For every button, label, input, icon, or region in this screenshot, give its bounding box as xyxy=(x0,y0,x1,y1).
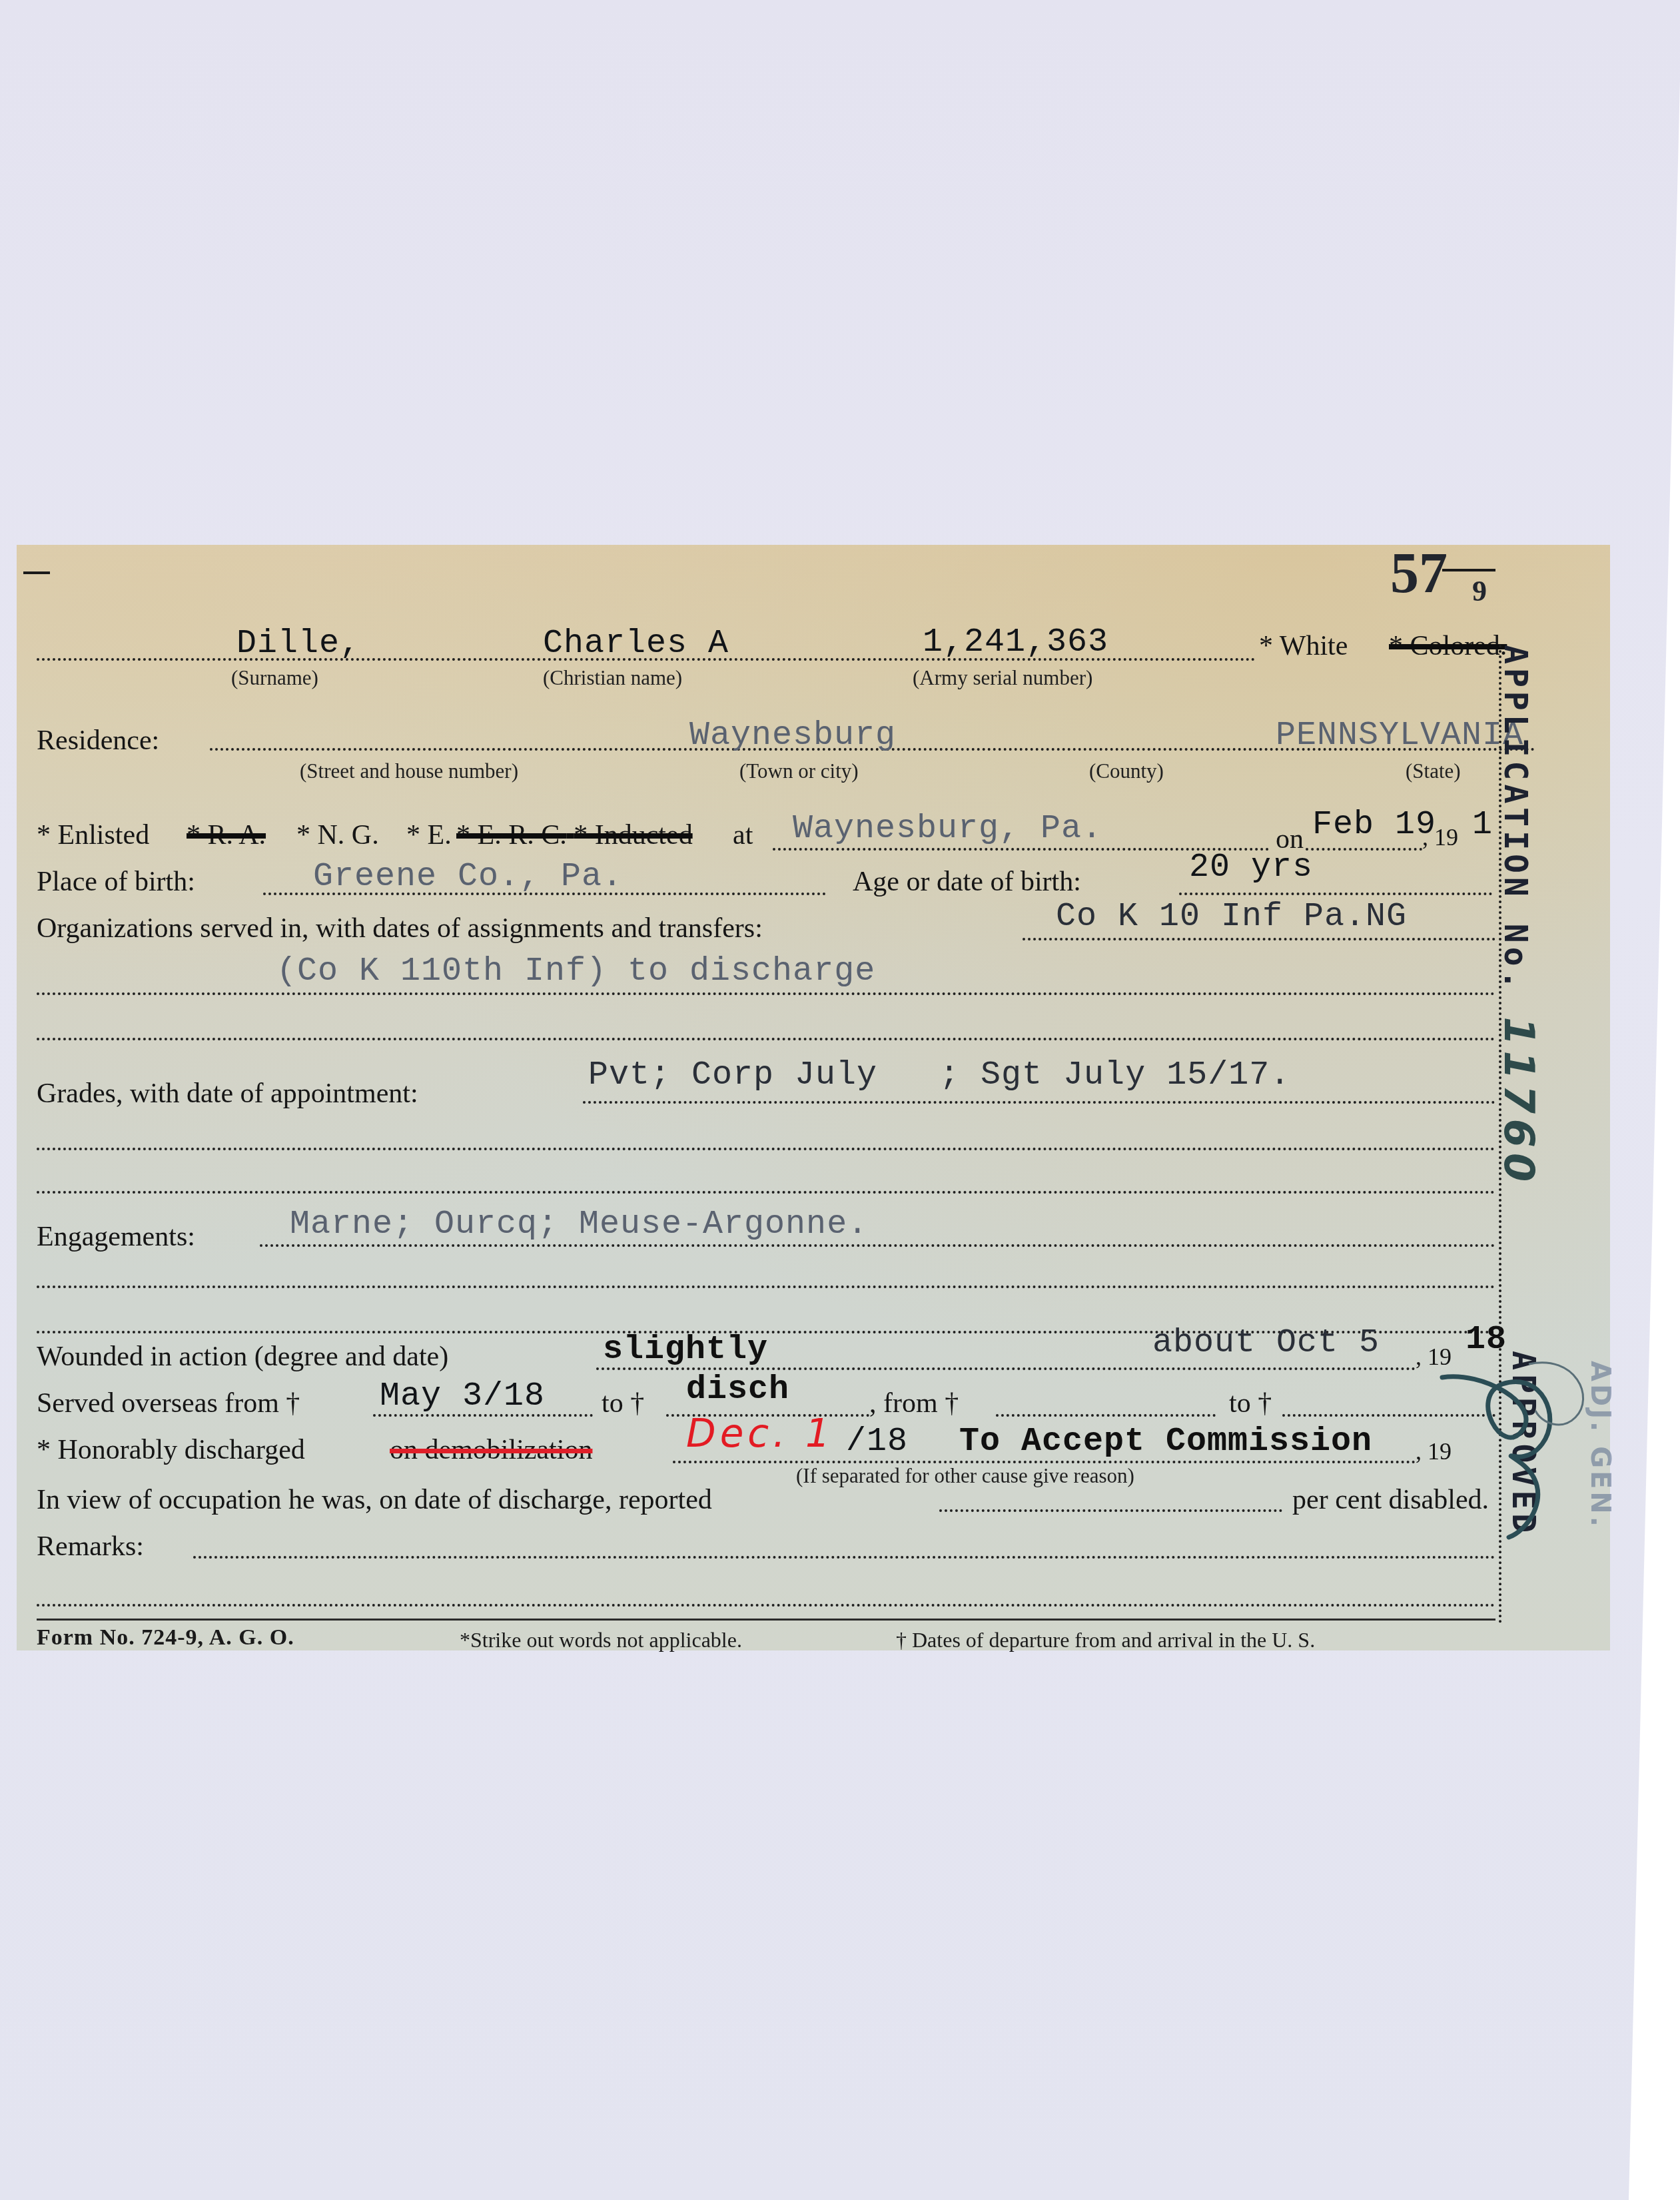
disability-line xyxy=(939,1509,1282,1512)
discharge-line xyxy=(673,1461,1416,1463)
overseas-from2-line xyxy=(996,1414,1216,1417)
engagements-line-1 xyxy=(260,1244,1495,1247)
overseas-label: Served overseas from † xyxy=(37,1387,300,1419)
organizations-value-2: (Co K 110th Inf) to discharge xyxy=(276,952,875,990)
serial-number-label: (Army serial number) xyxy=(913,666,1092,690)
discharge-date-year: /18 xyxy=(846,1423,908,1461)
strike-note: *Strike out words not applicable. xyxy=(460,1628,742,1652)
grades-value: Pvt; Corp July ; Sgt July 15/17. xyxy=(588,1056,1290,1094)
dagger-note: † Dates of departure from and arrival in… xyxy=(896,1628,1315,1652)
surname-value: Dille, xyxy=(236,625,360,663)
enlisted-at-label: at xyxy=(733,819,753,851)
residence-label: Residence: xyxy=(37,725,159,757)
disability-label: In view of occupation he was, on date of… xyxy=(37,1484,712,1516)
birth-place-label: Place of birth: xyxy=(37,866,195,898)
race-colored: * Colored. xyxy=(1389,630,1507,662)
street-label: (Street and house number) xyxy=(300,759,518,783)
enlisted-year: 1 xyxy=(1472,806,1493,844)
organizations-value-1: Co K 10 Inf Pa.NG xyxy=(1056,898,1407,936)
overseas-from2-label: , from † xyxy=(869,1387,959,1419)
enlisted-place: Waynesburg, Pa. xyxy=(793,810,1102,848)
enlisted-date-line xyxy=(1306,848,1422,851)
enlisted-ra-struck: * R. A. xyxy=(187,819,266,851)
wounded-label: Wounded in action (degree and date) xyxy=(37,1341,448,1373)
enlisted-year-prefix: , 19 xyxy=(1422,823,1458,851)
discharge-reason: To Accept Commission xyxy=(959,1423,1372,1461)
age-line xyxy=(1179,893,1492,895)
grades-label: Grades, with date of appointment: xyxy=(37,1078,418,1110)
serial-number-value: 1,241,363 xyxy=(923,623,1108,661)
overseas-to: disch xyxy=(686,1371,789,1409)
christian-name-label: (Christian name) xyxy=(543,666,682,690)
organizations-line-1 xyxy=(1023,938,1495,940)
enlisted-erc-prefix: * E. xyxy=(406,819,452,851)
residence-state: PENNSYLVANIA xyxy=(1276,717,1523,755)
organizations-line-3 xyxy=(37,1038,1495,1040)
file-number-rule xyxy=(1442,569,1495,571)
town-label: (Town or city) xyxy=(739,759,859,783)
remarks-line-2 xyxy=(37,1604,1495,1607)
application-number-stamp: APPLICATION No. 11760 xyxy=(1495,645,1543,1187)
christian-name-value: Charles A xyxy=(543,625,729,663)
overseas-to2-label: to † xyxy=(1229,1387,1272,1419)
birth-place-value: Greene Co., Pa. xyxy=(313,858,623,896)
age-label: Age or date of birth: xyxy=(853,866,1081,898)
organizations-label: Organizations served in, with dates of a… xyxy=(37,913,763,944)
engagements-line-2 xyxy=(37,1285,1495,1288)
organizations-line-2 xyxy=(37,992,1495,995)
footer-rule xyxy=(37,1619,1495,1621)
file-number-sub: 9 xyxy=(1472,574,1487,608)
form-number: Form No. 724-9, A. G. O. xyxy=(37,1625,294,1650)
enlisted-date: Feb 19 xyxy=(1312,806,1436,844)
discharge-reason-label: (If separated for other cause give reaso… xyxy=(796,1464,1134,1488)
grades-line-2 xyxy=(37,1148,1495,1150)
grades-line-3 xyxy=(37,1191,1495,1194)
surname-label: (Surname) xyxy=(231,666,318,690)
discharge-struck-text: on demobilization xyxy=(390,1434,592,1466)
engagements-value: Marne; Ourcq; Meuse-Argonne. xyxy=(290,1206,868,1244)
enlisted-erc-inducted-struck: * E. R. C. * Inducted xyxy=(456,819,693,851)
enlisted-ng: * N. G. xyxy=(296,819,379,851)
application-label: APPLICATION No. xyxy=(1497,645,1534,993)
state-label: (State) xyxy=(1406,759,1461,783)
signature-scribble xyxy=(1429,1357,1602,1557)
grades-line-1 xyxy=(583,1101,1495,1104)
county-label: (County) xyxy=(1089,759,1164,783)
enlisted-label: * Enlisted xyxy=(37,819,149,851)
engagements-label: Engagements: xyxy=(37,1221,195,1253)
top-dash xyxy=(23,571,50,574)
discharge-label: * Honorably discharged xyxy=(37,1434,305,1466)
wounded-degree: slightly xyxy=(603,1331,768,1369)
residence-town: Waynesburg xyxy=(689,717,896,755)
wounded-date: about Oct 5 xyxy=(1152,1324,1380,1362)
overseas-from: May 3/18 xyxy=(380,1377,545,1415)
race-white: * White xyxy=(1259,630,1348,662)
age-value: 20 yrs xyxy=(1189,849,1313,887)
discharge-date-handwritten: Dec. 1 xyxy=(686,1411,834,1456)
file-number: 57 xyxy=(1390,540,1448,606)
remarks-line-1 xyxy=(193,1556,1495,1559)
overseas-to-label: to † xyxy=(602,1387,644,1419)
remarks-label: Remarks: xyxy=(37,1531,144,1563)
service-record-card: 57 9 Dille, Charles A 1,241,363 (Surname… xyxy=(17,545,1610,1650)
application-number: 11760 xyxy=(1495,1016,1543,1187)
